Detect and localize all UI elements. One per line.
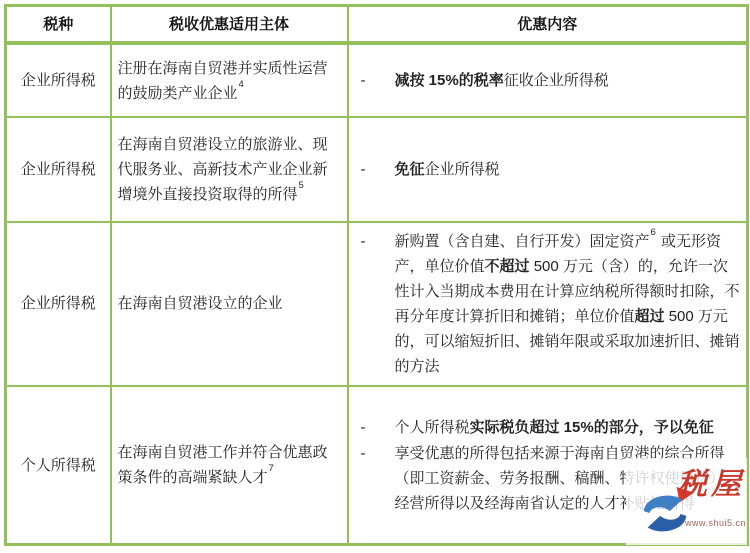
header-subject: 税收优惠适用主体 (111, 6, 348, 44)
benefit-text: 个人所得税实际税负超过 15%的部分，予以免征 (395, 415, 741, 440)
tax-type-cell: 个人所得税 (6, 386, 111, 545)
benefit-text: 新购置（含自建、自行开发）固定资产6 或无形资产，单位价值不超过 500 万元（… (395, 229, 741, 379)
benefit-item: - 新购置（含自建、自行开发）固定资产6 或无形资产，单位价值不超过 500 万… (355, 229, 741, 379)
benefits-cell: - 新购置（含自建、自行开发）固定资产6 或无形资产，单位价值不超过 500 万… (348, 222, 748, 386)
tax-type-cell: 企业所得税 (6, 222, 111, 386)
tax-type-cell: 企业所得税 (6, 117, 111, 221)
shui5-watermark: 税屋 www.shui5.cn (626, 458, 747, 545)
watermark-site-url: www.shui5.cn (685, 519, 746, 528)
tax-type-cell: 企业所得税 (6, 43, 111, 117)
subject-cell: 注册在海南自贸港并实质性运营的鼓励类产业企业4 (111, 43, 348, 117)
bullet-dash: - (355, 415, 395, 440)
page: 税种 税收优惠适用主体 优惠内容 企业所得税 注册在海南自贸港并实质性运营的鼓励… (0, 0, 750, 553)
bullet-dash: - (355, 441, 395, 466)
subject-cell: 在海南自贸港工作并符合优惠政策条件的高端紧缺人才7 (111, 386, 348, 545)
bullet-dash: - (355, 229, 395, 254)
bullet-dash: - (355, 157, 395, 182)
benefits-cell: - 免征企业所得税 (348, 117, 748, 221)
header-benefit: 优惠内容 (348, 6, 748, 44)
subject-cell: 在海南自贸港设立的企业 (111, 222, 348, 386)
table-row: 企业所得税 在海南自贸港设立的旅游业、现代服务业、高新技术产业企业新增境外直接投… (6, 117, 748, 221)
benefits-cell: - 减按 15%的税率征收企业所得税 (348, 43, 748, 117)
benefit-item: - 个人所得税实际税负超过 15%的部分，予以免征 (355, 415, 741, 440)
table-row: 企业所得税 注册在海南自贸港并实质性运营的鼓励类产业企业4 - 减按 15%的税… (6, 43, 748, 117)
table-row: 企业所得税 在海南自贸港设立的企业 - 新购置（含自建、自行开发）固定资产6 或… (6, 222, 748, 386)
header-tax-type: 税种 (6, 6, 111, 44)
watermark-site-name: 税屋 (677, 470, 745, 500)
subject-cell: 在海南自贸港设立的旅游业、现代服务业、高新技术产业企业新增境外直接投资取得的所得… (111, 117, 348, 221)
benefit-item: - 减按 15%的税率征收企业所得税 (355, 68, 741, 93)
header-row: 税种 税收优惠适用主体 优惠内容 (6, 6, 748, 44)
benefit-text: 免征企业所得税 (395, 157, 741, 182)
benefit-text: 减按 15%的税率征收企业所得税 (395, 68, 741, 93)
bullet-dash: - (355, 68, 395, 93)
benefit-item: - 免征企业所得税 (355, 157, 741, 182)
